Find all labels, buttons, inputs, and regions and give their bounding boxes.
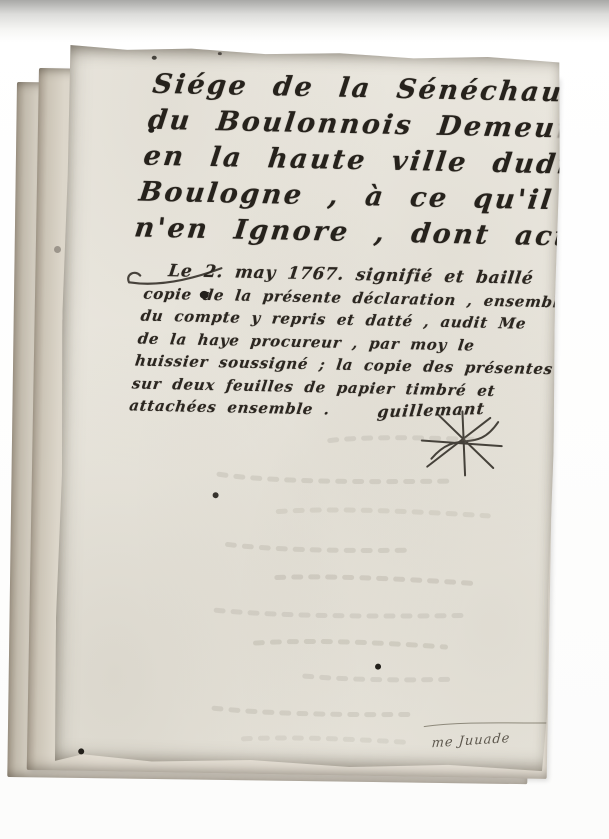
ink-spot [148,128,154,133]
declaration-paragraph: Siége de la Sénéchaussée du Boulonnois D… [132,67,565,255]
faded-word-tail: rant [554,113,609,145]
edge-smudge-spot [54,246,61,253]
ink-spot [78,748,84,754]
ink-spot [152,56,157,60]
ink-spot [218,52,222,55]
bleedthrough-ghost-text [123,424,520,752]
ink-spot [375,664,381,670]
service-note-paragraph: Le 2. may 1767. signifié et baillé copie… [128,260,568,426]
ink-spot [200,291,209,299]
manuscript-page: Siége de la Sénéchaussée du Boulonnois D… [53,45,562,771]
ink-spot [213,492,219,498]
heading-line-text: n'en Ignore , dont acte [133,212,591,252]
heading-line-text: du Boulonnois Demeu [146,105,558,144]
heading-line: n'en Ignore , dont acte [132,210,546,254]
faded-word-tail: ssée [561,77,609,109]
heading-line-text: en la haute ville dudit [142,141,588,181]
scanner-edge-shadow [0,0,609,42]
scanned-document: Siége de la Sénéchaussée du Boulonnois D… [0,0,609,839]
heading-line-text: Siége de la Sénéchau [151,69,566,109]
